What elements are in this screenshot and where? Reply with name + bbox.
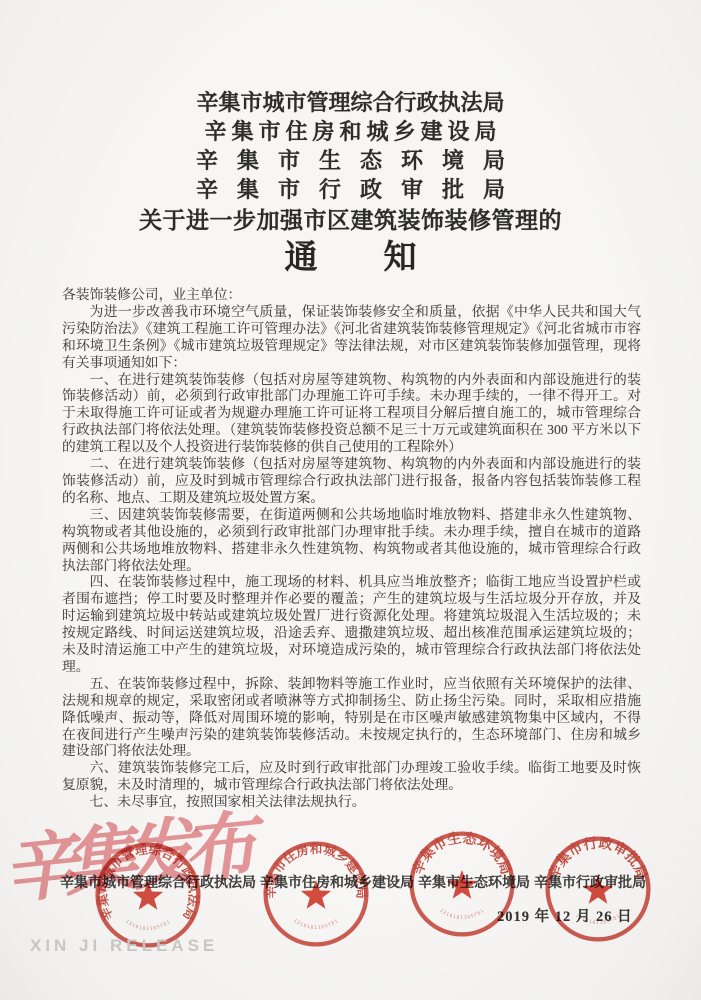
svg-text:1310181105781: 1310181105781 (574, 913, 622, 926)
document-header: 辛集市城市管理综合行政执法局 辛集市住房和城乡建设局 辛集市生态环境局 辛集市行… (0, 88, 701, 277)
seal-star-icon (133, 881, 163, 910)
seal-code: 1310181105781 (438, 908, 486, 921)
svg-text:1310181105781: 1310181105781 (438, 908, 486, 921)
paragraph-item-7: 七、未尽事宜，按照国家相关法律法规执行。 (62, 794, 641, 811)
seal-arc-name: 辛集市生态环境局 (409, 829, 514, 876)
seal-star-icon (447, 870, 477, 899)
official-seal-approval-bureau: 辛集市行政审批局 1310181105781 (542, 833, 654, 945)
salutation: 各装饰装修公司，业主单位： (62, 287, 641, 304)
paragraph-intro: 为进一步改善我市环境空气质量，保证装饰装修安全和质量，依据《中华人民共和国大气污… (62, 304, 641, 372)
paragraph-item-4: 四、在装饰装修过程中，施工现场的材料、机具应当堆放整齐；临街工地应当设置护栏或者… (62, 574, 641, 675)
svg-text:辛集市行政审批局: 辛集市行政审批局 (545, 834, 650, 881)
org-name-line-4: 辛集市行政审批局 (0, 175, 701, 204)
official-seal-ecology-bureau: 辛集市生态环境局 1310181105781 (406, 828, 518, 940)
svg-text:辛集市生态环境局: 辛集市生态环境局 (409, 829, 514, 876)
org-name-line-3: 辛集市生态环境局 (0, 146, 701, 175)
document-page: 辛集市城市管理综合行政执法局 辛集市住房和城乡建设局 辛集市生态环境局 辛集市行… (0, 0, 701, 1000)
paragraph-item-5: 五、在装饰装修过程中，拆除、装卸物料等施工作业时，应当依照有关环境保护的法律、法… (62, 676, 641, 761)
paragraph-item-2: 二、在进行建筑装饰装修（包括对房屋等建筑物、构筑物的内外表面和内部设施进行的装饰… (62, 456, 641, 507)
seal-star-icon (583, 875, 613, 904)
document-subject: 关于进一步加强市区建筑装饰装修管理的 (0, 206, 701, 236)
org-name-line-1: 辛集市城市管理综合行政执法局 (0, 88, 701, 117)
official-seal-law-enforcement: 辛集市城市管理综合行政执法局 1310181105781 (92, 839, 204, 951)
svg-text:1310181105781: 1310181105781 (292, 918, 340, 931)
org-name-line-2: 辛集市住房和城乡建设局 (0, 117, 701, 146)
notice-title: 通 知 (0, 239, 701, 277)
seal-code: 1310181105781 (574, 913, 622, 926)
paragraph-item-1: 一、在进行建筑装饰装修（包括对房屋等建筑物、构筑物的内外表面和内部设施进行的装饰… (62, 372, 641, 457)
svg-text:1310181105781: 1310181105781 (124, 919, 172, 932)
document-body: 各装饰装修公司，业主单位： 为进一步改善我市环境空气质量，保证装饰装修安全和质量… (62, 287, 641, 811)
seal-star-icon (301, 880, 331, 909)
seal-code: 1310181105781 (292, 918, 340, 931)
xinji-release-watermark-latin: XIN JI RELEASE (30, 936, 218, 956)
paragraph-item-6: 六、建筑装饰装修完工后，应及时到行政审批部门办理竣工验收手续。临街工地要及时恢复… (62, 760, 641, 794)
paragraph-item-3: 三、因建筑装饰装修需要，在街道两侧和公共场地临时堆放物料、搭建非永久性建筑物、构… (62, 507, 641, 575)
seal-arc-name: 辛集市行政审批局 (545, 834, 650, 881)
official-seal-housing-bureau: 辛集市住房和城乡建设局 1310181105781 (260, 838, 372, 950)
seal-code: 1310181105781 (124, 919, 172, 932)
